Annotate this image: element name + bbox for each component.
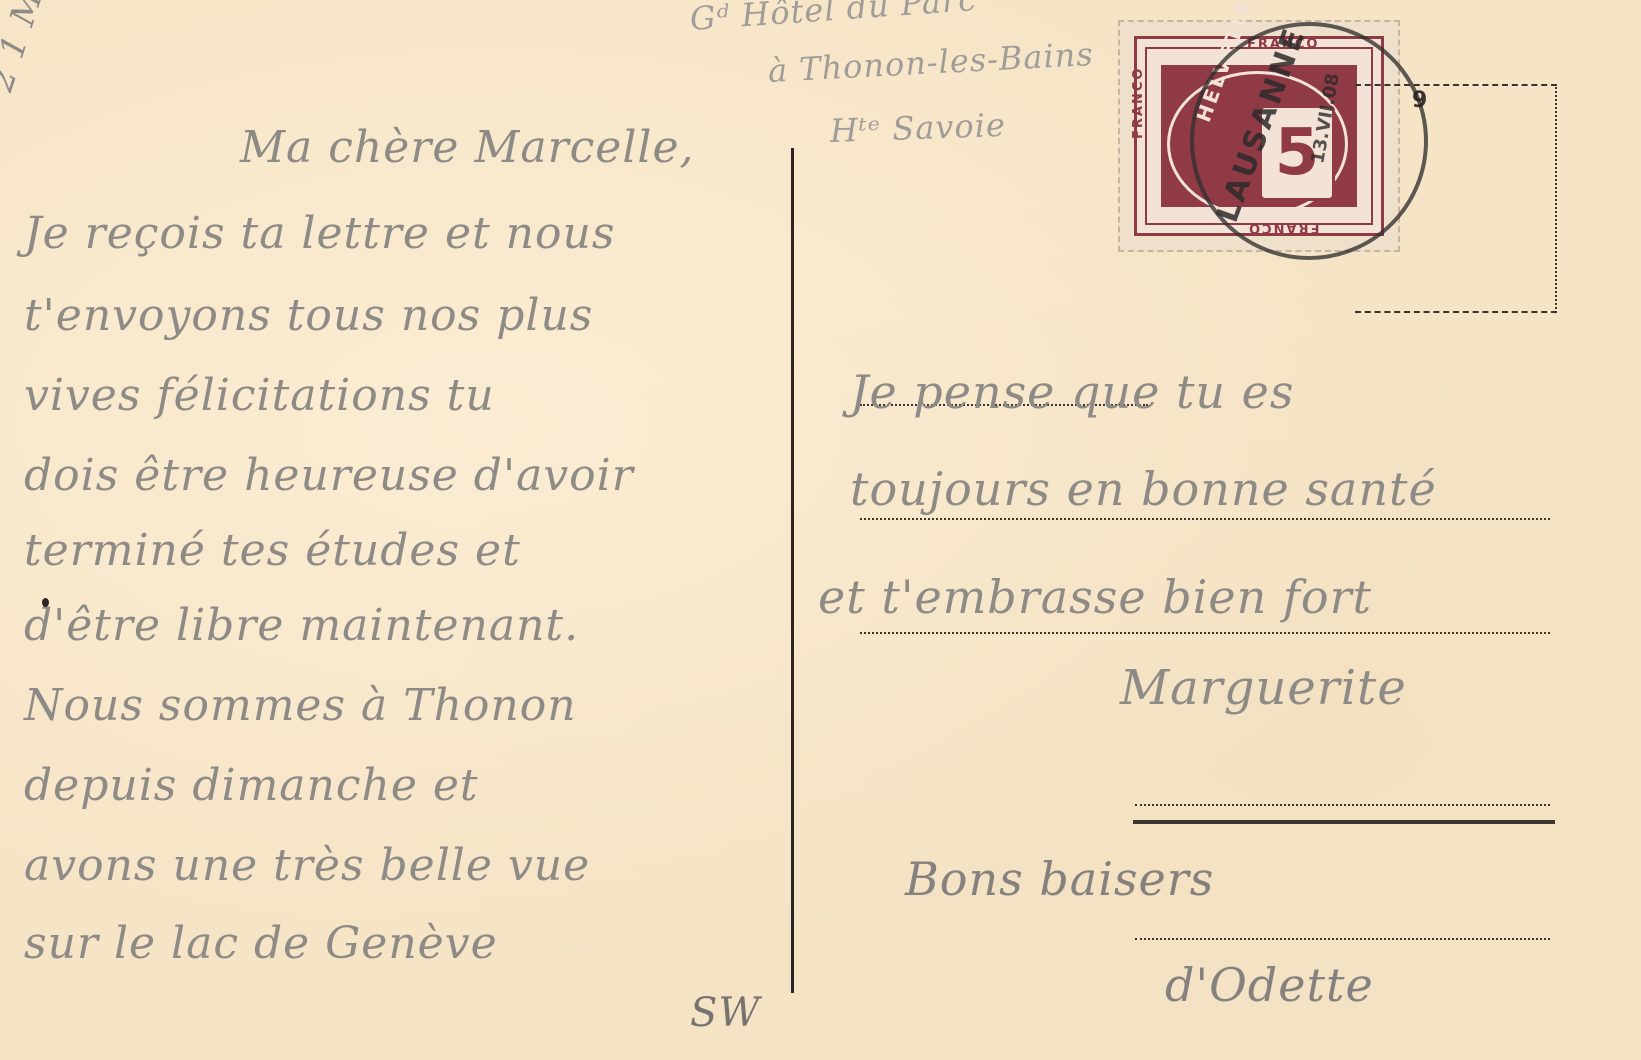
sender-address-line-2: à Thonon-les-Bains <box>767 35 1095 90</box>
letter-line: terminé tes études et <box>24 525 521 576</box>
signature: Marguerite <box>1120 660 1407 716</box>
address-line-5 <box>1135 938 1550 940</box>
letter-line: Nous sommes à Thonon <box>24 680 577 731</box>
address-line-2 <box>860 518 1550 520</box>
letter-line: t'envoyons tous nos plus <box>24 290 593 341</box>
letter-line: avons une très belle vue <box>24 840 590 891</box>
stamp-placement-box <box>1355 84 1557 313</box>
bottom-initials: SW <box>690 990 761 1036</box>
letter-line: et t'embrasse bien fort <box>818 570 1372 624</box>
letter-line: Je reçois ta lettre et nous <box>24 208 615 259</box>
postcard-back: 2 1 M Gᵈ Hôtel du Parc à Thonon-les-Bain… <box>0 0 1641 1060</box>
address-underline <box>1133 820 1555 824</box>
letter-line: vives félicitations tu <box>24 370 495 421</box>
ink-spot <box>42 598 49 607</box>
closing-text: Bons baisers <box>905 852 1214 906</box>
address-line-4 <box>1135 804 1550 806</box>
letter-line: depuis dimanche et <box>24 760 479 811</box>
address-line-3 <box>860 632 1550 634</box>
letter-line: Je pense que tu es <box>850 365 1295 419</box>
letter-salutation: Ma chère Marcelle, <box>240 122 695 173</box>
letter-line: toujours en bonne santé <box>850 462 1437 516</box>
sender-address-line-1: Gᵈ Hôtel du Parc <box>689 0 979 38</box>
closing-signature: d'Odette <box>1165 958 1374 1012</box>
sender-address-line-3: Hᵗᵉ Savoie <box>829 106 1006 150</box>
letter-line: sur le lac de Genève <box>24 918 498 969</box>
center-divider-line <box>791 148 794 993</box>
stamp-franco-side: FRANCO <box>1131 67 1146 139</box>
letter-line: dois être heureuse d'avoir <box>24 450 634 501</box>
margin-note: 2 1 M <box>0 0 51 96</box>
letter-line: d'être libre maintenant. <box>24 600 579 651</box>
